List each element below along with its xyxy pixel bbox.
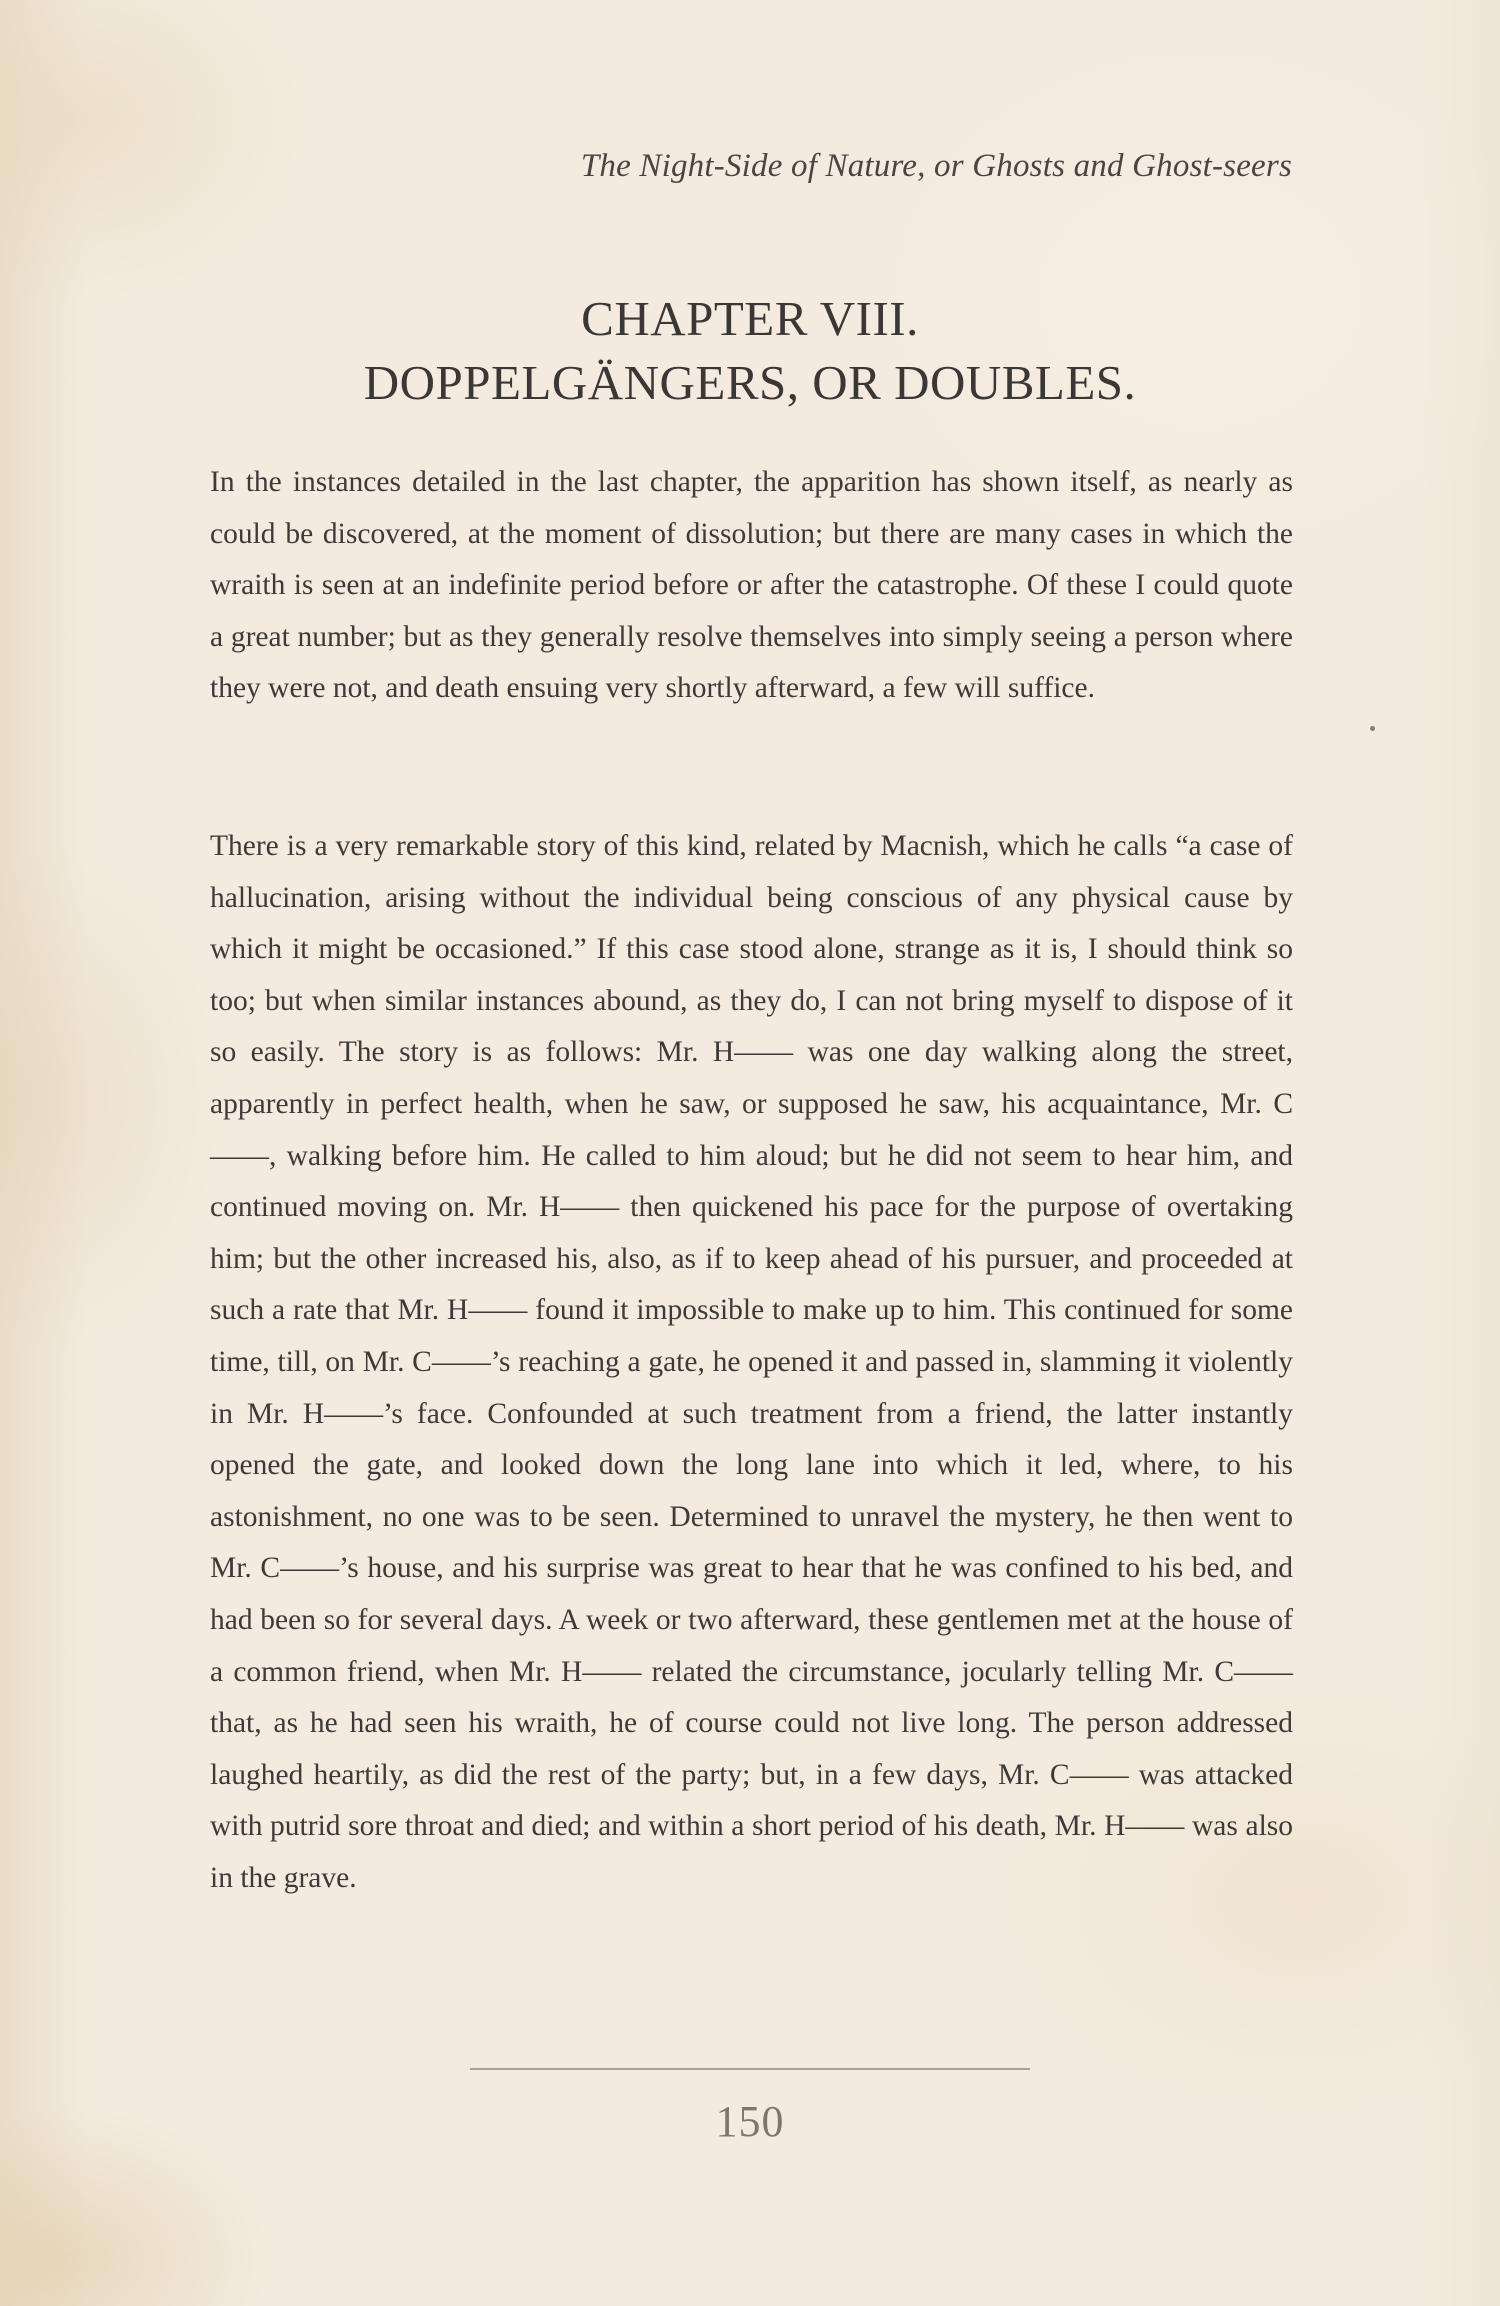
paragraph-2: There is a very remarkable story of this… [210, 821, 1293, 1904]
chapter-title: DOPPELGÄNGERS, OR DOUBLES. [0, 352, 1500, 414]
paper-speck [1370, 726, 1375, 731]
chapter-heading: CHAPTER VIII. DOPPELGÄNGERS, OR DOUBLES. [0, 288, 1500, 414]
paragraph-text: There is a very remarkable story of this… [210, 821, 1293, 1904]
chapter-number: CHAPTER VIII. [0, 288, 1500, 350]
page-number: 150 [0, 2096, 1500, 2147]
running-header: The Night-Side of Nature, or Ghosts and … [581, 148, 1292, 185]
paragraph-1: In the instances detailed in the last ch… [210, 457, 1293, 715]
paragraph-text: In the instances detailed in the last ch… [210, 457, 1293, 715]
footer-divider [470, 2068, 1030, 2070]
book-page: The Night-Side of Nature, or Ghosts and … [0, 0, 1500, 2306]
